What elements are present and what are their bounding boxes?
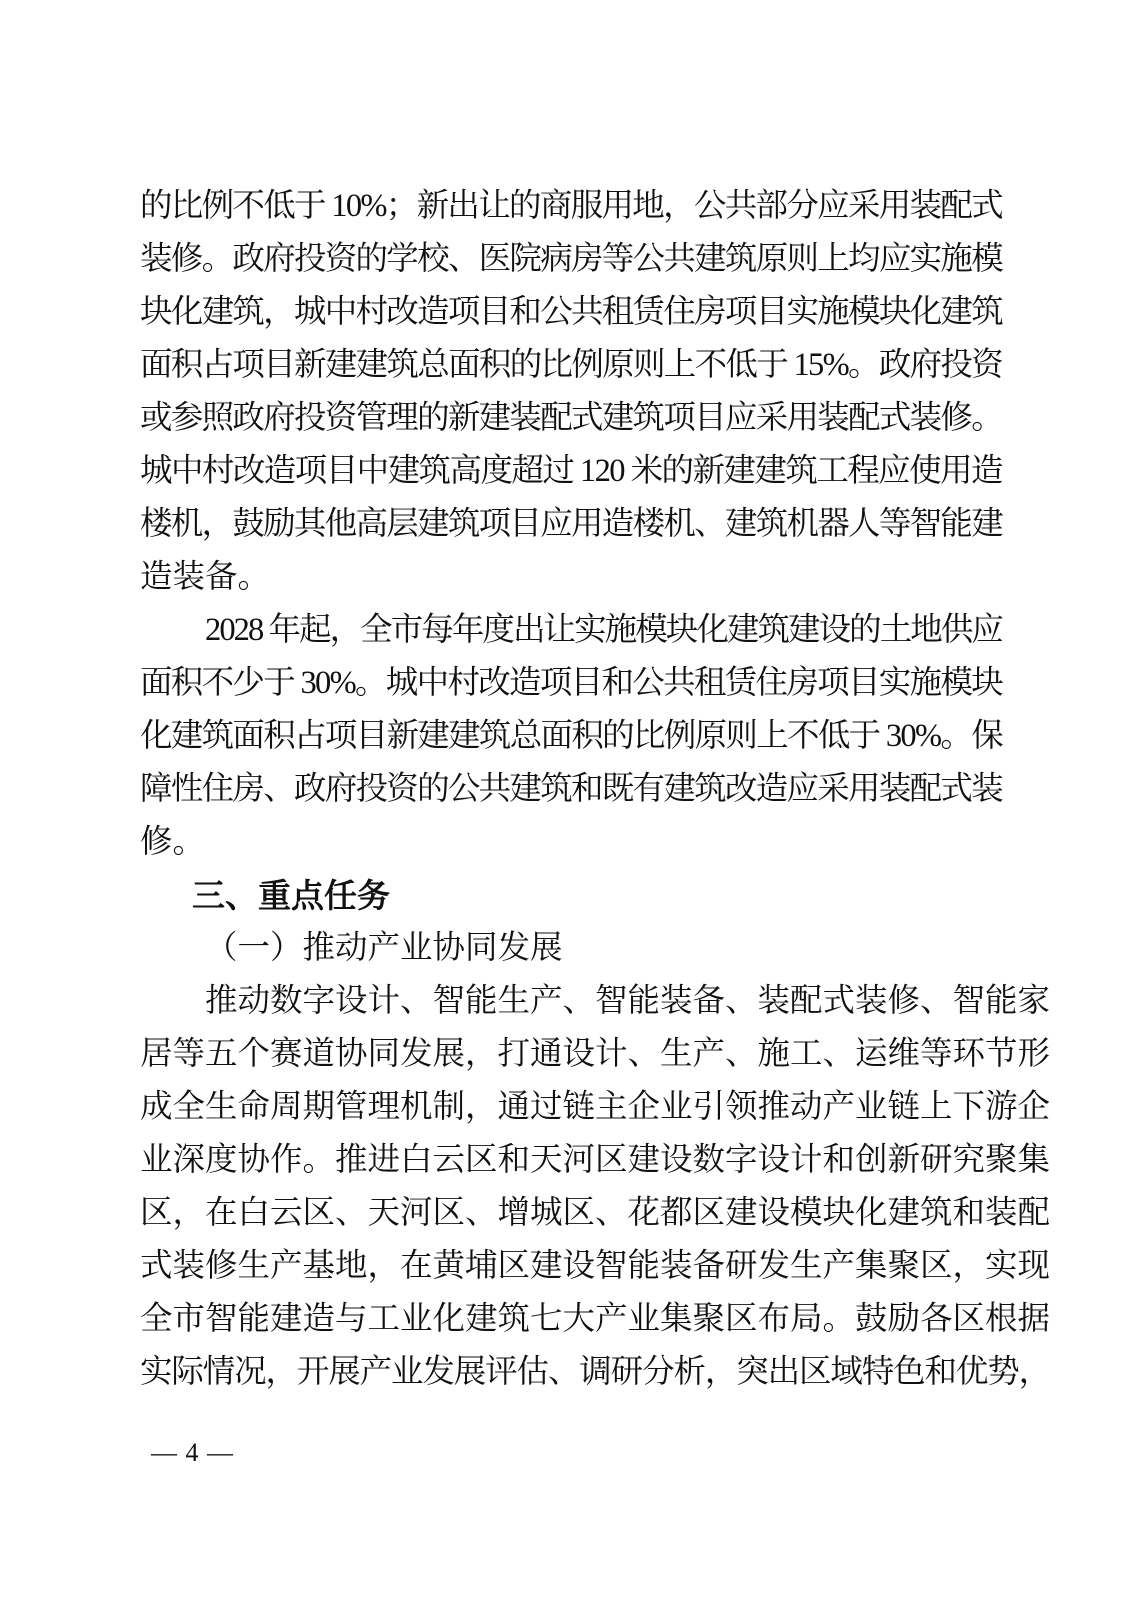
text-row: 推动数字设计、智能生产、智能装备、装配式装修、智能家: [140, 975, 1050, 1028]
text-row: 区，在白云区、天河区、增城区、花都区建设模块化建筑和装配: [140, 1187, 1050, 1240]
text-line: 成全生命周期管理机制，通过链主企业引领推动产业链上下游企: [140, 1089, 1050, 1125]
text-line: 居等五个赛道协同发展，打通设计、生产、施工、运维等环节形: [140, 1036, 1050, 1072]
text-row: 修。: [140, 816, 1080, 869]
text-line: 造装备。: [140, 559, 270, 595]
subheading-text: （一）推动产业协同发展: [205, 930, 563, 966]
paragraph: 的比例不低于 10%；新出让的商服用地，公共部分应采用装配式装修。政府投资的学校…: [140, 180, 1080, 604]
text-row: 的比例不低于 10%；新出让的商服用地，公共部分应采用装配式: [140, 180, 1002, 233]
text-line: 修。: [140, 824, 205, 860]
paragraph: 2028 年起，全市每年度出让实施模块化建筑建设的土地供应面积不少于 30%。城…: [140, 604, 1080, 869]
text-row: 业深度协作。推进白云区和天河区建设数字设计和创新研究聚集: [140, 1134, 1050, 1187]
text-row: 居等五个赛道协同发展，打通设计、生产、施工、运维等环节形: [140, 1028, 1050, 1081]
text-row: 2028 年起，全市每年度出让实施模块化建筑建设的土地供应: [140, 604, 1002, 657]
text-line: 式装修生产基地，在黄埔区建设智能装备研发生产集聚区，实现: [140, 1248, 1050, 1284]
document-body: 的比例不低于 10%；新出让的商服用地，公共部分应采用装配式装修。政府投资的学校…: [140, 180, 1080, 1399]
text-line: 或参照政府投资管理的新建装配式建筑项目应采用装配式装修。: [140, 400, 1002, 436]
text-row: 造装备。: [140, 551, 1080, 604]
text-row: 成全生命周期管理机制，通过链主企业引领推动产业链上下游企: [140, 1081, 1050, 1134]
text-row: 障性住房、政府投资的公共建筑和既有建筑改造应采用装配式装: [140, 763, 1002, 816]
text-row: 城中村改造项目中建筑高度超过 120 米的新建建筑工程应使用造: [140, 445, 1002, 498]
heading-text: 三、重点任务: [192, 877, 390, 914]
section-heading: 三、重点任务: [140, 869, 1080, 922]
text-line: 的比例不低于 10%；新出让的商服用地，公共部分应采用装配式: [140, 188, 1002, 224]
text-line: 全市智能建造与工业化建筑七大产业集聚区布局。鼓励各区根据: [140, 1301, 1050, 1337]
text-line: 块化建筑，城中村改造项目和公共租赁住房项目实施模块化建筑: [140, 294, 1002, 330]
text-line: 楼机，鼓励其他高层建筑项目应用造楼机、建筑机器人等智能建: [140, 506, 1002, 542]
text-line: 2028 年起，全市每年度出让实施模块化建筑建设的土地供应: [205, 612, 1002, 648]
text-line: 推动数字设计、智能生产、智能装备、装配式装修、智能家: [205, 983, 1050, 1019]
text-line: 障性住房、政府投资的公共建筑和既有建筑改造应采用装配式装: [140, 771, 1002, 807]
page-number: — 4 —: [151, 1436, 234, 1470]
text-line: 化建筑面积占项目新建建筑总面积的比例原则上不低于 30%。保: [140, 718, 1002, 754]
document-page: 的比例不低于 10%；新出让的商服用地，公共部分应采用装配式装修。政府投资的学校…: [0, 0, 1131, 1600]
text-row: 式装修生产基地，在黄埔区建设智能装备研发生产集聚区，实现: [140, 1240, 1050, 1293]
paragraph: 推动数字设计、智能生产、智能装备、装配式装修、智能家居等五个赛道协同发展，打通设…: [140, 975, 1080, 1399]
text-row: 面积不少于 30%。城中村改造项目和公共租赁住房项目实施模块: [140, 657, 1002, 710]
text-line: 面积占项目新建建筑总面积的比例原则上不低于 15%。政府投资: [140, 347, 1002, 383]
sub-heading: （一）推动产业协同发展: [140, 922, 1080, 975]
text-line: 区，在白云区、天河区、增城区、花都区建设模块化建筑和装配: [140, 1195, 1050, 1231]
text-line: 面积不少于 30%。城中村改造项目和公共租赁住房项目实施模块: [140, 665, 1002, 701]
text-row: 面积占项目新建建筑总面积的比例原则上不低于 15%。政府投资: [140, 339, 1002, 392]
text-row: 全市智能建造与工业化建筑七大产业集聚区布局。鼓励各区根据: [140, 1293, 1050, 1346]
text-row: 实际情况，开展产业发展评估、调研分析，突出区域特色和优势，: [140, 1346, 1050, 1399]
text-line: 装修。政府投资的学校、医院病房等公共建筑原则上均应实施模: [140, 241, 1002, 277]
text-row: 楼机，鼓励其他高层建筑项目应用造楼机、建筑机器人等智能建: [140, 498, 1002, 551]
text-row: 装修。政府投资的学校、医院病房等公共建筑原则上均应实施模: [140, 233, 1002, 286]
text-line: 业深度协作。推进白云区和天河区建设数字设计和创新研究聚集: [140, 1142, 1050, 1178]
text-row: （一）推动产业协同发展: [140, 922, 1080, 975]
text-row: 三、重点任务: [140, 869, 1080, 922]
text-row: 化建筑面积占项目新建建筑总面积的比例原则上不低于 30%。保: [140, 710, 1002, 763]
text-line: 城中村改造项目中建筑高度超过 120 米的新建建筑工程应使用造: [140, 453, 1002, 489]
text-line: 实际情况，开展产业发展评估、调研分析，突出区域特色和优势，: [140, 1354, 1050, 1390]
text-row: 或参照政府投资管理的新建装配式建筑项目应采用装配式装修。: [140, 392, 1002, 445]
text-row: 块化建筑，城中村改造项目和公共租赁住房项目实施模块化建筑: [140, 286, 1002, 339]
